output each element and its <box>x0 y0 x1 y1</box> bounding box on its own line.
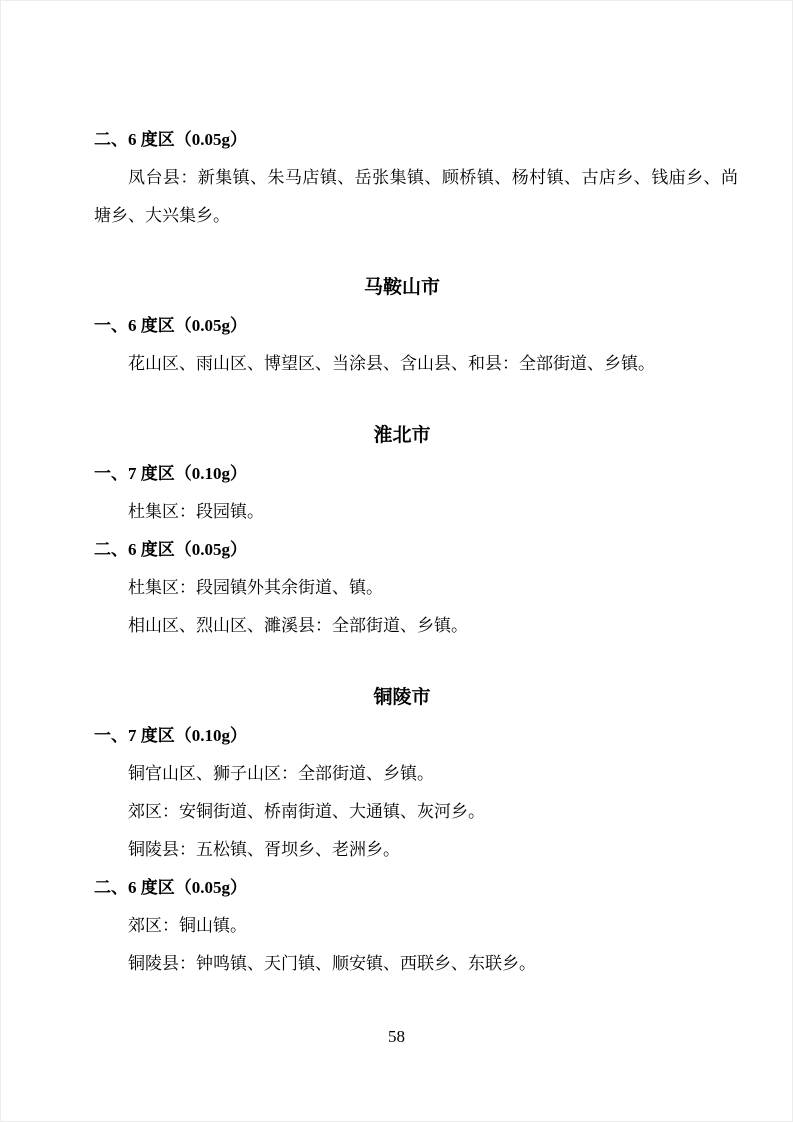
city-heading: 淮北市 <box>94 417 710 455</box>
paragraph: 相山区、烈山区、濉溪县：全部街道、乡镇。 <box>94 607 738 645</box>
paragraph: 杜集区：段园镇。 <box>94 493 738 531</box>
paragraph: 铜陵县：钟鸣镇、天门镇、顺安镇、西联乡、东联乡。 <box>94 945 738 983</box>
paragraph: 凤台县：新集镇、朱马店镇、岳张集镇、顾桥镇、杨村镇、古店乡、钱庙乡、尚塘乡、大兴… <box>94 159 738 235</box>
paragraph: 铜陵县：五松镇、胥坝乡、老洲乡。 <box>94 831 738 869</box>
page-number: 58 <box>1 1025 792 1049</box>
city-heading: 马鞍山市 <box>94 269 710 307</box>
zone-heading: 二、6 度区（0.05g） <box>94 531 738 569</box>
zone-heading: 一、6 度区（0.05g） <box>94 307 738 345</box>
paragraph: 花山区、雨山区、博望区、当涂县、含山县、和县：全部街道、乡镇。 <box>94 345 738 383</box>
zone-heading: 一、7 度区（0.10g） <box>94 455 738 493</box>
paragraph: 铜官山区、狮子山区：全部街道、乡镇。 <box>94 755 738 793</box>
zone-heading: 二、6 度区（0.05g） <box>94 869 738 907</box>
zone-heading: 一、7 度区（0.10g） <box>94 717 738 755</box>
paragraph: 杜集区：段园镇外其余街道、镇。 <box>94 569 738 607</box>
city-heading: 铜陵市 <box>94 679 710 717</box>
zone-heading: 二、6 度区（0.05g） <box>94 121 738 159</box>
document-content: 二、6 度区（0.05g）凤台县：新集镇、朱马店镇、岳张集镇、顾桥镇、杨村镇、古… <box>94 121 738 983</box>
paragraph: 郊区：铜山镇。 <box>94 907 738 945</box>
paragraph: 郊区：安铜街道、桥南街道、大通镇、灰河乡。 <box>94 793 738 831</box>
document-page: 二、6 度区（0.05g）凤台县：新集镇、朱马店镇、岳张集镇、顾桥镇、杨村镇、古… <box>0 0 793 1122</box>
